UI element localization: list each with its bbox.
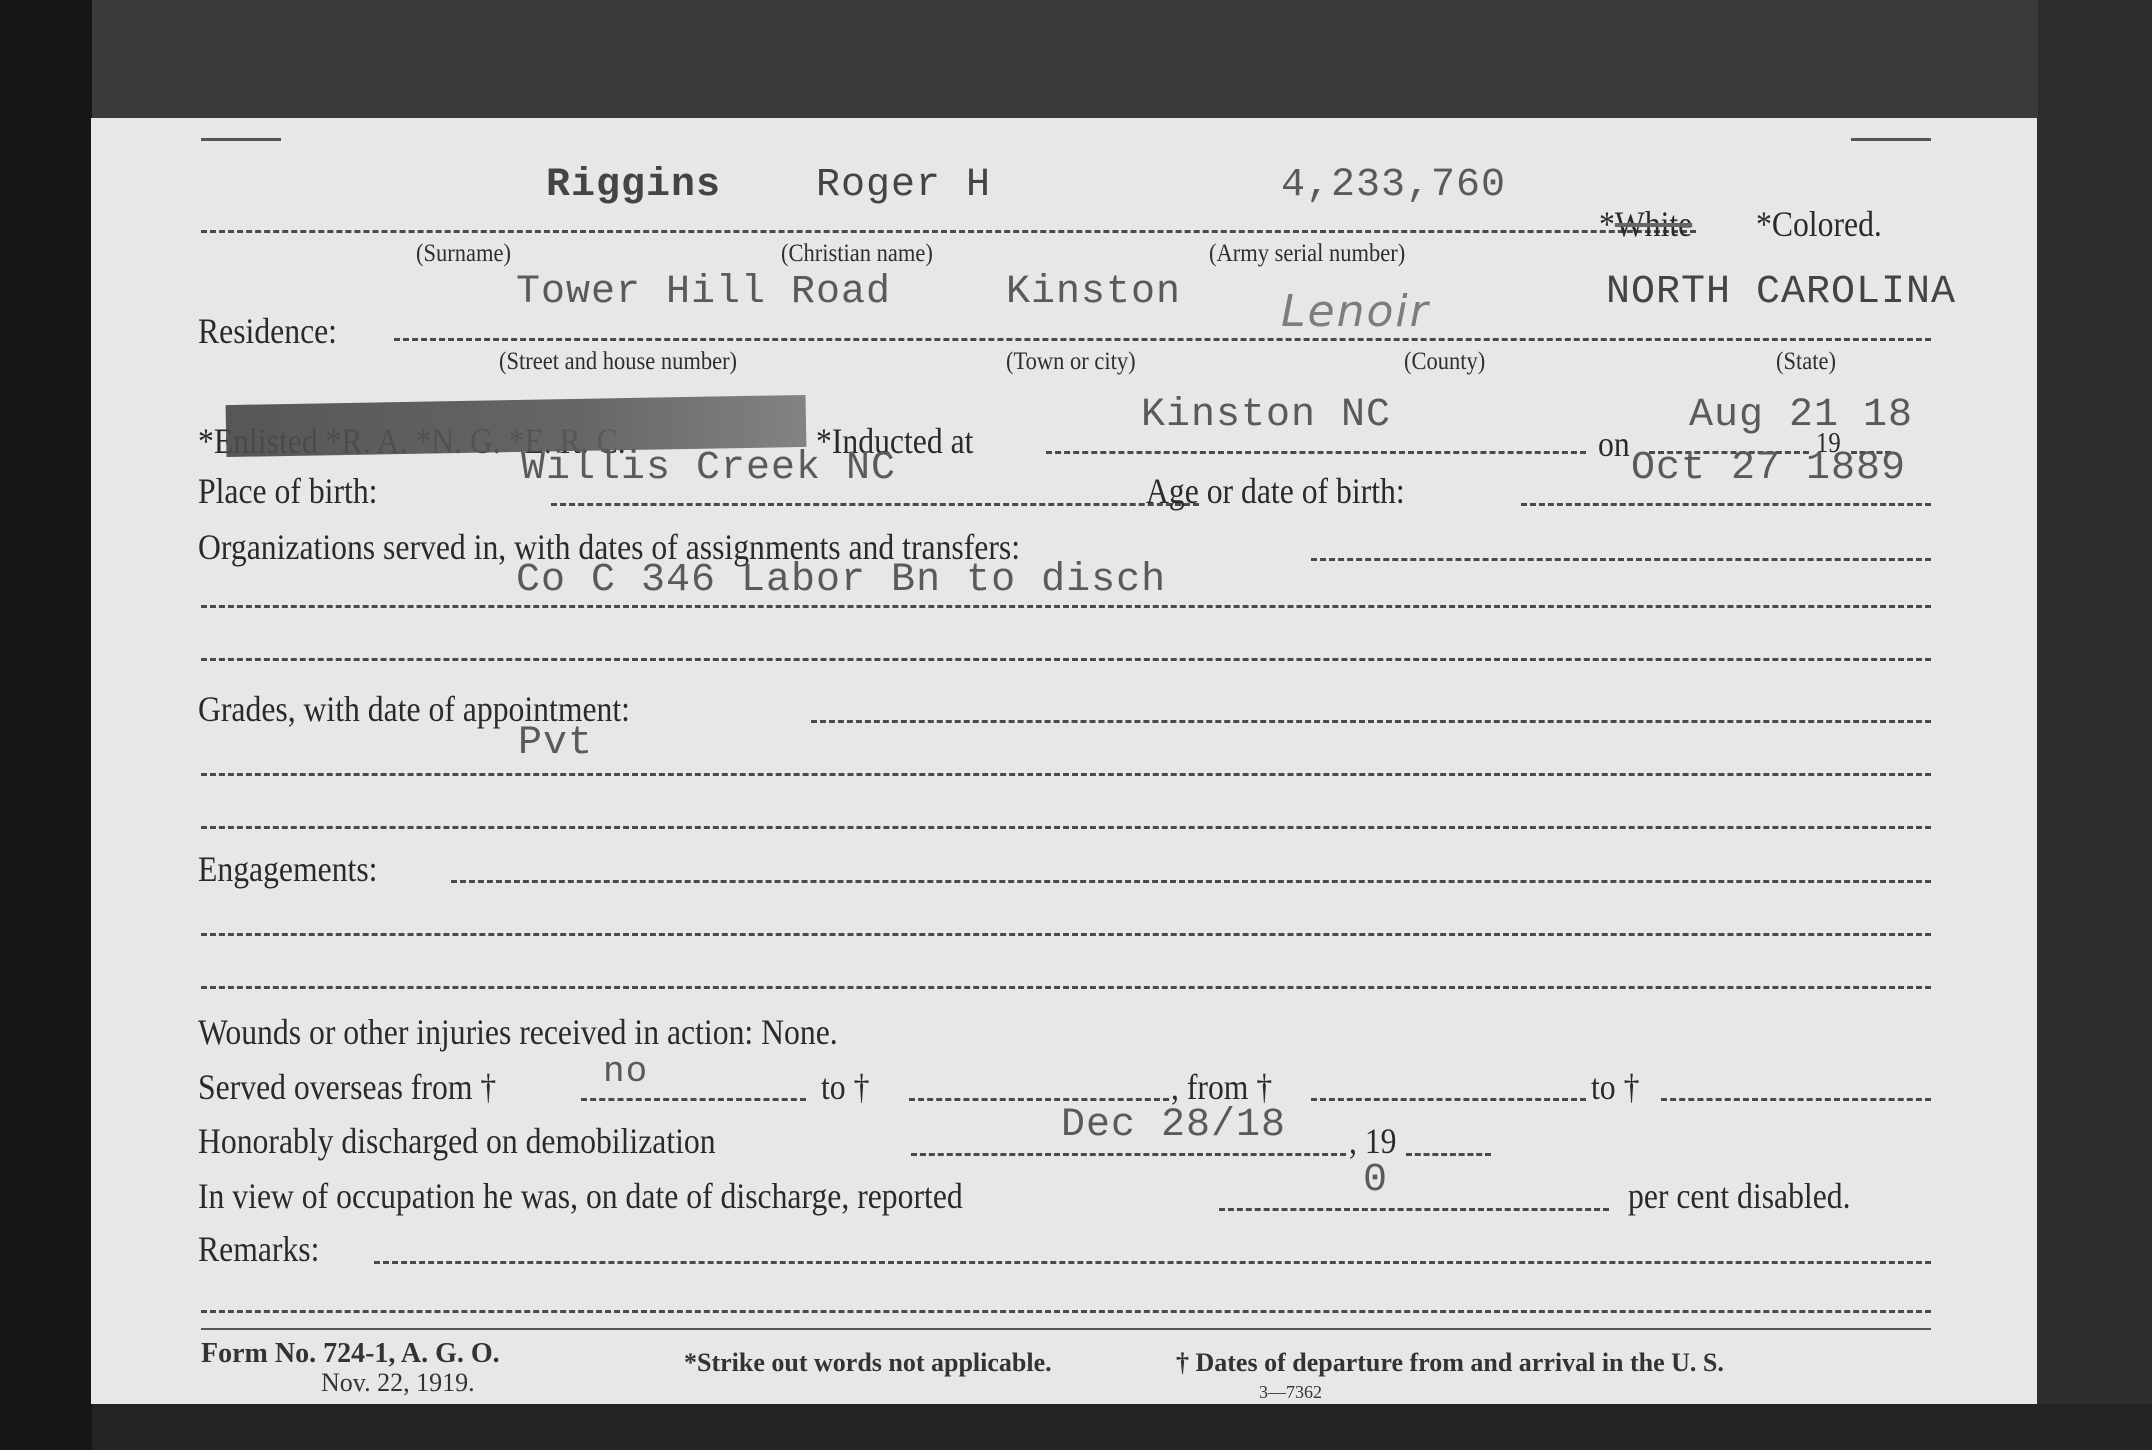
disability-line	[1219, 1208, 1609, 1211]
grades-value: Pvt	[518, 721, 593, 766]
name-line	[201, 230, 1696, 233]
residence-line	[394, 338, 1931, 341]
discharge-date-line	[911, 1153, 1346, 1156]
serial-number-value: 4,233,760	[1281, 163, 1506, 208]
background-top	[92, 0, 2052, 118]
town-caption: (Town or city)	[1006, 348, 1136, 376]
remarks-label: Remarks:	[198, 1228, 319, 1270]
wounds-value: None.	[761, 1012, 838, 1052]
organizations-line-2	[201, 605, 1931, 608]
engagements-line-2	[201, 933, 1931, 936]
overseas-from-line	[581, 1098, 806, 1101]
engagements-line-3	[201, 986, 1931, 989]
wounds-row: Wounds or other injuries received in act…	[198, 1011, 838, 1053]
disability-label: In view of occupation he was, on date of…	[198, 1175, 963, 1217]
remarks-line-2	[201, 1310, 1931, 1313]
overseas-to-label: to †	[821, 1066, 869, 1108]
background-left-edge	[0, 0, 92, 1450]
discharge-date-value: Dec 28/18	[1061, 1103, 1286, 1148]
discharge-year-label: , 19	[1349, 1120, 1397, 1162]
inducted-at-value: Kinston NC	[1141, 393, 1391, 438]
print-code: 3—7362	[1259, 1382, 1322, 1403]
residence-town-value: Kinston	[1006, 270, 1181, 315]
place-of-birth-line	[551, 503, 1199, 506]
county-caption: (County)	[1404, 348, 1485, 376]
wounds-label: Wounds or other injuries received in act…	[198, 1012, 753, 1052]
date-of-birth-label: Age or date of birth:	[1146, 470, 1405, 512]
footnote-dates: † Dates of departure from and arrival in…	[1176, 1348, 1724, 1378]
service-record-card: Riggins Roger H 4,233,760 *White *Colore…	[91, 118, 2037, 1404]
overseas-from-value: no	[603, 1051, 648, 1092]
induction-year-value: 18	[1863, 393, 1913, 438]
engagements-label: Engagements:	[198, 848, 377, 890]
state-caption: (State)	[1776, 348, 1836, 376]
remarks-line-1	[374, 1261, 1931, 1264]
grades-line-1	[811, 720, 1931, 723]
disability-suffix: per cent disabled.	[1628, 1175, 1851, 1217]
overseas-to-line-2	[1661, 1098, 1931, 1101]
organizations-line-1	[1311, 558, 1931, 561]
form-date: Nov. 22, 1919.	[321, 1368, 475, 1398]
place-of-birth-label: Place of birth:	[198, 470, 377, 512]
engagements-line-1	[451, 880, 1931, 883]
date-of-birth-line	[1521, 503, 1931, 506]
residence-label: Residence:	[198, 310, 337, 352]
residence-street-value: Tower Hill Road	[516, 270, 891, 315]
served-overseas-label: Served overseas from †	[198, 1066, 496, 1108]
surname-caption: (Surname)	[416, 240, 511, 268]
discharge-year-line	[1406, 1153, 1491, 1156]
footnote-strike-out: *Strike out words not applicable.	[684, 1348, 1052, 1378]
christian-name-caption: (Christian name)	[781, 240, 933, 268]
organizations-value: Co C 346 Labor Bn to disch	[516, 558, 1166, 603]
footer-rule	[201, 1328, 1931, 1330]
race-colored-option: *Colored.	[1756, 203, 1882, 245]
inducted-at-line	[1046, 451, 1586, 454]
overseas-to-line	[909, 1098, 1169, 1101]
place-of-birth-value: Willis Creek NC	[521, 446, 896, 491]
street-caption: (Street and house number)	[499, 348, 737, 376]
corner-rule-right	[1851, 138, 1931, 141]
corner-rule-left	[201, 138, 281, 141]
serial-number-caption: (Army serial number)	[1209, 240, 1405, 268]
overseas-from-label-2: , from †	[1171, 1066, 1272, 1108]
christian-name-value: Roger H	[816, 163, 991, 208]
on-label: on	[1598, 423, 1630, 465]
grades-line-2	[201, 773, 1931, 776]
date-of-birth-value: Oct 27 1889	[1631, 446, 1906, 491]
race-white-struck: White	[1615, 204, 1692, 244]
form-number: Form No. 724-1, A. G. O.	[201, 1338, 500, 1370]
residence-state-value: NORTH CAROLINA	[1606, 270, 1956, 315]
disability-value: 0	[1363, 1158, 1388, 1203]
race-white-option: *White	[1599, 203, 1692, 245]
background-bottom	[92, 1404, 2152, 1450]
discharge-label: Honorably discharged on demobilization	[198, 1120, 716, 1162]
organizations-line-3	[201, 658, 1931, 661]
overseas-to-label-2: to †	[1591, 1066, 1639, 1108]
overseas-from-line-2	[1311, 1098, 1586, 1101]
residence-county-value: Lenoir	[1281, 286, 1430, 337]
grades-line-3	[201, 826, 1931, 829]
background-right-edge	[2038, 0, 2152, 1450]
surname-value: Riggins	[546, 163, 721, 208]
